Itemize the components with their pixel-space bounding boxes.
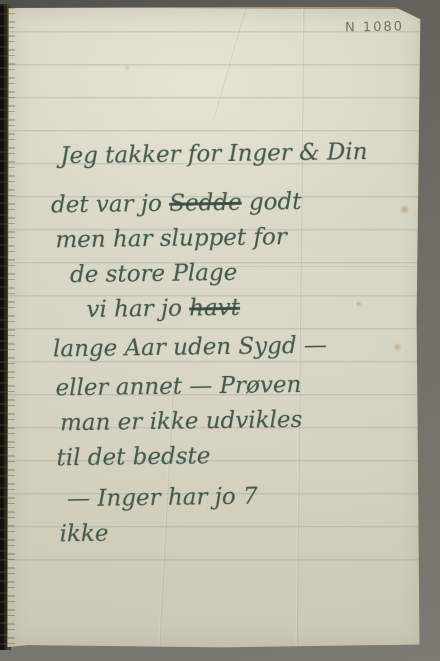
handwriting-line: ikke	[59, 517, 403, 557]
handwriting-line: til det bedste	[56, 441, 402, 481]
handwriting-line: — Inger har jo 7	[67, 482, 403, 522]
handwriting-line: vi har jo havt	[86, 293, 400, 332]
manuscript-page: N 1080 Jeg takker for Inger & Dindet var…	[7, 7, 422, 649]
scan-background: N 1080 Jeg takker for Inger & Dindet var…	[0, 0, 440, 661]
rust-stain	[399, 205, 410, 214]
handwriting-line: men har sluppet for	[55, 223, 399, 263]
handwriting-text: man er ikke udvikles	[60, 407, 303, 436]
handwriting-line: eller annet — Prøven	[55, 371, 401, 411]
handwriting-text: det var jo	[51, 191, 170, 219]
rust-stain	[123, 65, 131, 71]
handwriting-text: til det bedste	[56, 443, 210, 471]
paper-top-edge	[165, 7, 422, 9]
handwriting-line: de store Plage	[70, 258, 400, 298]
handwriting-text: eller annet — Prøven	[55, 372, 301, 401]
handwriting-line: Jeg takker for Inger & Din	[60, 139, 398, 179]
handwriting-text: Jeg takker for Inger & Din	[60, 139, 368, 169]
handwriting-text: ikke	[59, 521, 108, 548]
handwriting-line: lange Aar uden Sygd —	[53, 332, 401, 372]
handwriting-text: de store Plage	[70, 260, 238, 288]
handwriting-struck-word: Sedde	[169, 190, 242, 217]
handwriting: Jeg takker for Inger & Dindet var jo Sed…	[50, 139, 404, 557]
handwriting-text: lange Aar uden Sygd —	[53, 333, 327, 363]
handwriting-text: men har sluppet for	[55, 224, 287, 253]
handwriting-text: vi har jo	[86, 296, 189, 323]
handwriting-text: godt	[241, 189, 301, 216]
handwriting-text: — Inger har jo 7	[67, 484, 258, 513]
handwriting-struck-word: havt	[189, 295, 240, 322]
handwriting-line: det var jo Sedde godt	[51, 188, 399, 228]
handwriting-line: man er ikke udvikles	[60, 406, 402, 446]
archive-number: N 1080	[345, 19, 404, 35]
